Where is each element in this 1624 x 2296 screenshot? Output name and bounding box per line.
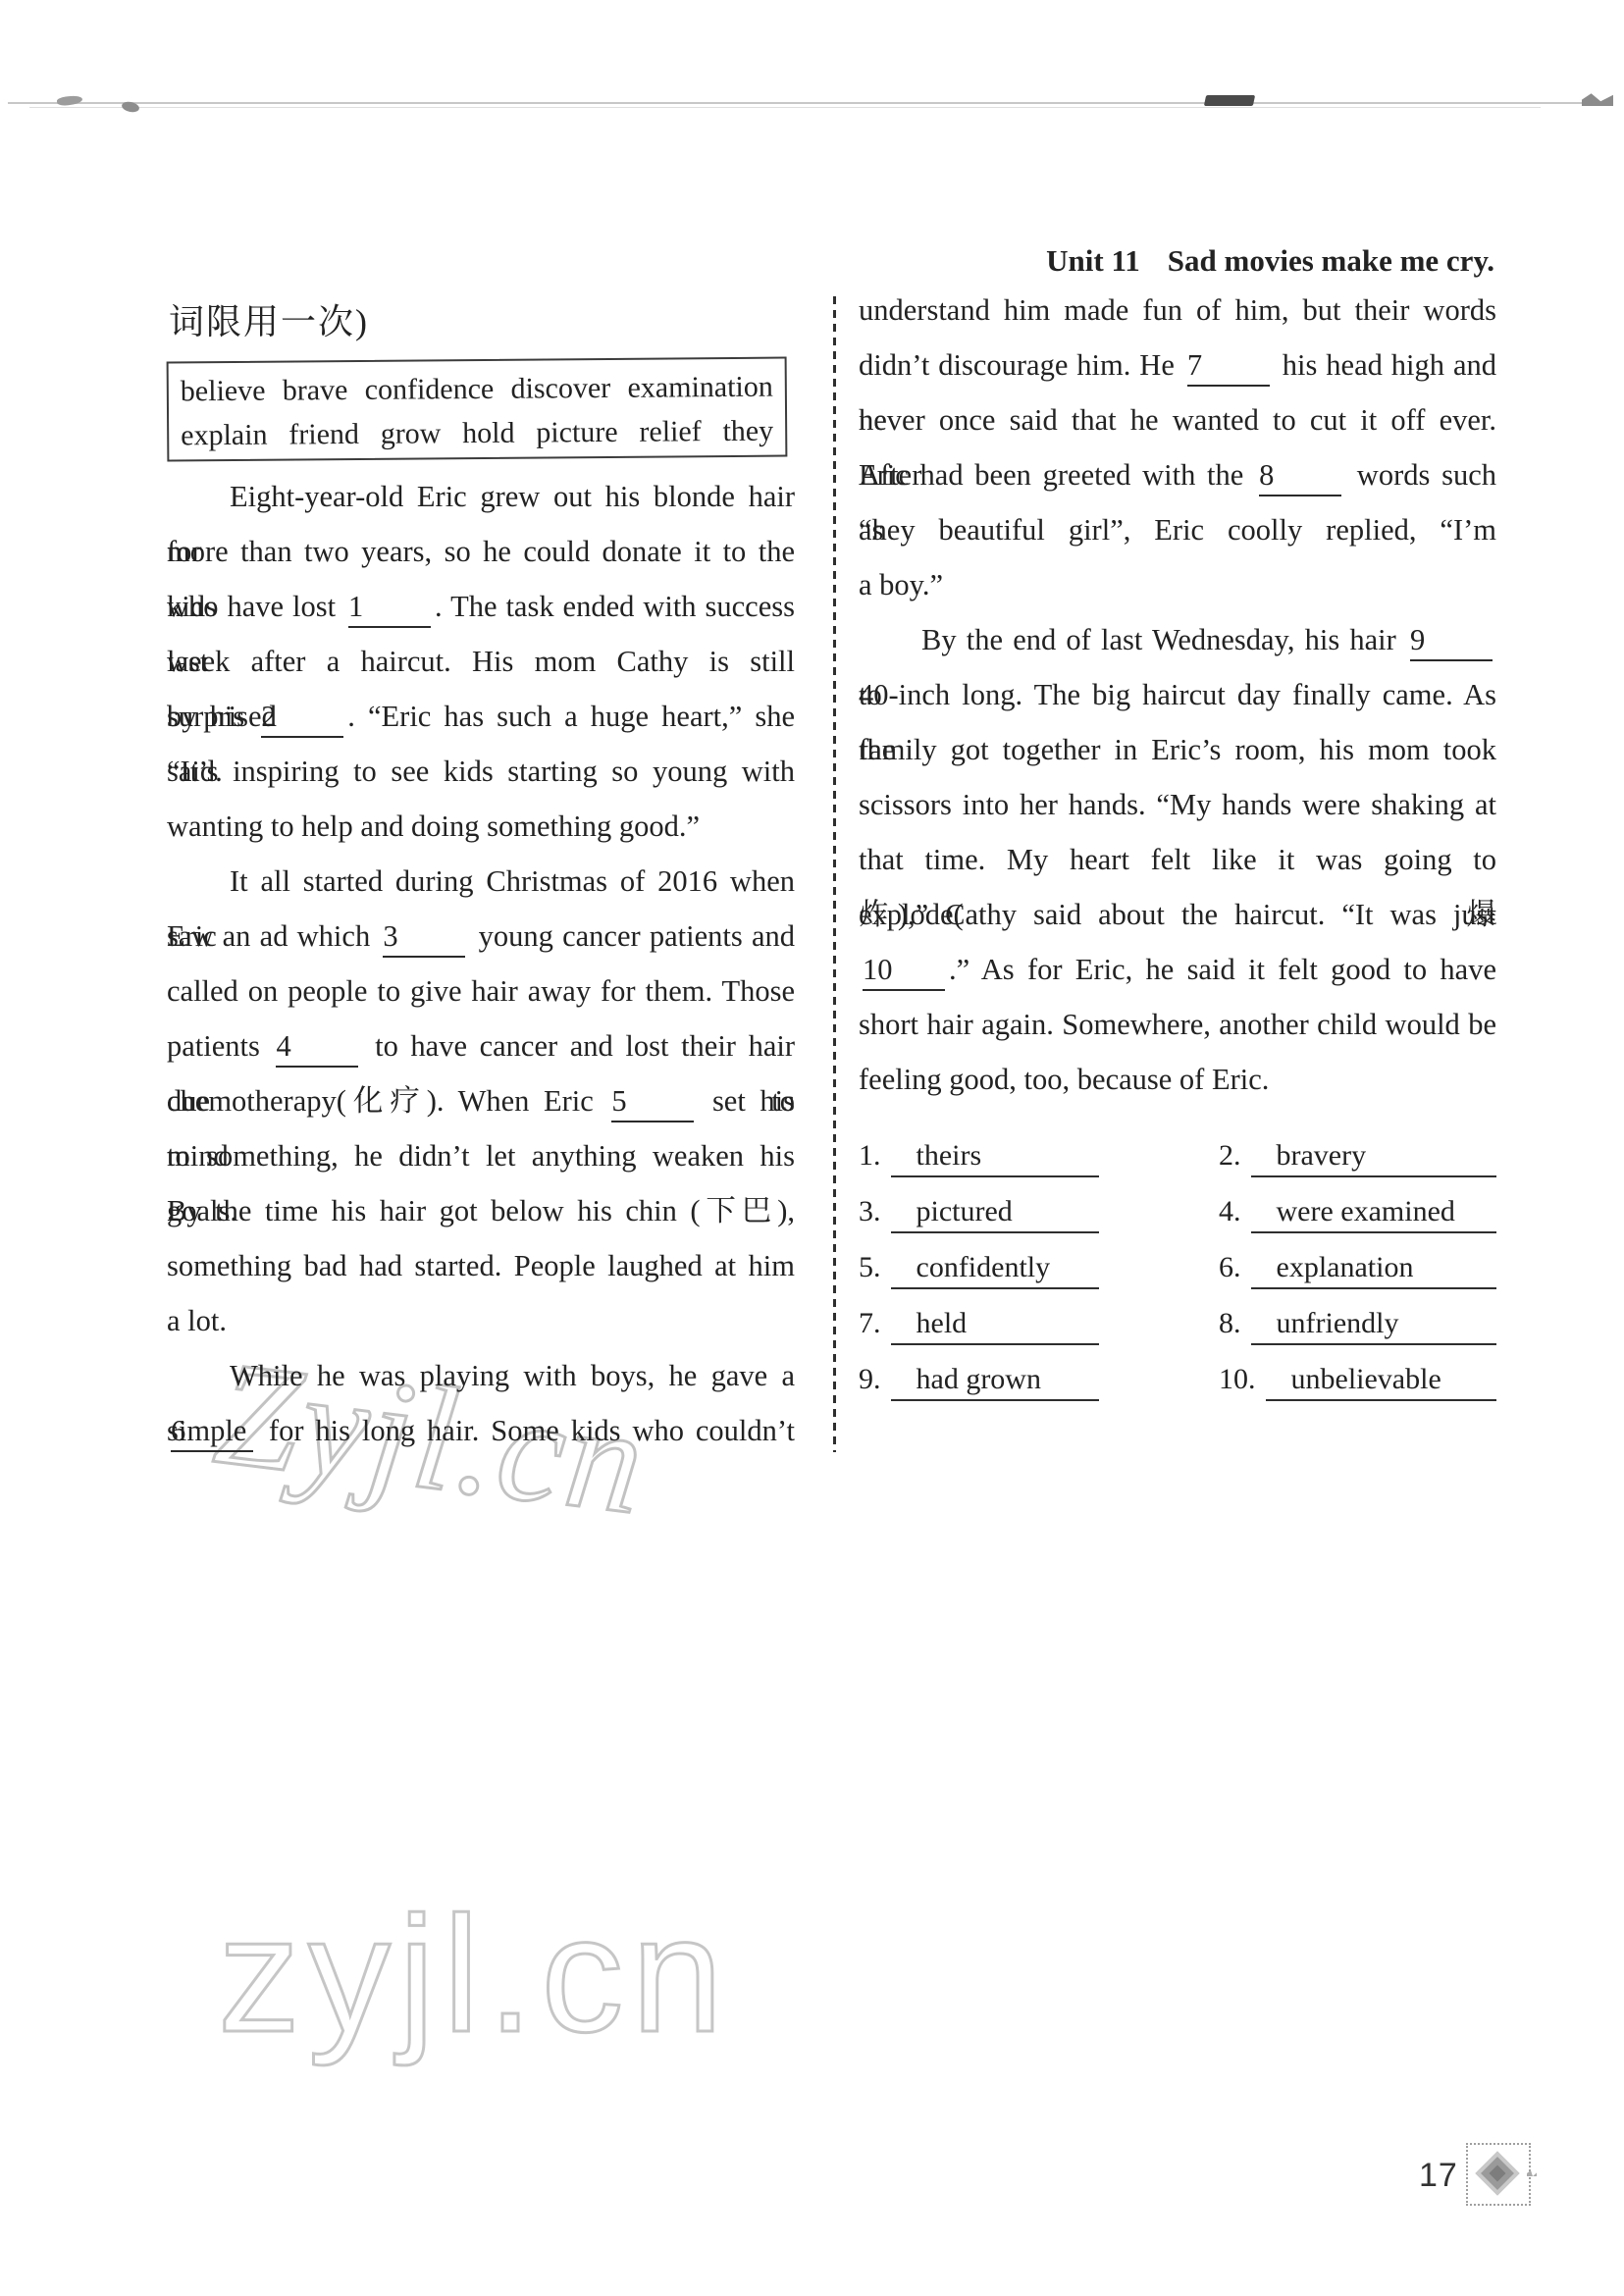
answer-row: 1.theirs2.bravery — [859, 1136, 1496, 1192]
publisher-stamp-icon — [1466, 2143, 1531, 2206]
cloze-blank-4: 4 — [276, 1026, 358, 1068]
text-line: “hey beautiful girl”, Eric coolly replie… — [859, 502, 1496, 557]
cloze-blank-6: 6 — [171, 1411, 253, 1452]
answer-item-7: 7.held — [859, 1304, 1099, 1345]
answer-text-underlined: pictured — [891, 1192, 1100, 1233]
cloze-passage-right-column: understand him made fun of him, but thei… — [859, 283, 1496, 1107]
text-line: 10.” As for Eric, he said it felt good t… — [859, 942, 1496, 997]
text-line: feeling good, too, because of Eric. — [859, 1052, 1496, 1107]
scan-ink-blob — [1204, 95, 1255, 106]
word-bank-line-2: explain friend grow hold picture relief … — [181, 409, 773, 458]
answer-row: 9.had grown10.unbelievable — [859, 1360, 1496, 1416]
page-number: 17 — [1419, 2157, 1458, 2195]
text-line: While he was playing with boys, he gave … — [167, 1348, 795, 1403]
answer-number: 4. — [1219, 1195, 1241, 1228]
cloze-blank-10: 10 — [863, 950, 945, 991]
text-line: patients 4 to have cancer and lost their… — [167, 1018, 795, 1073]
answer-number: 6. — [1219, 1251, 1241, 1284]
scanned-workbook-page: Zyjl.cn zyjl.cn Unit 11Sad movies make m… — [0, 0, 1624, 2296]
answer-number: 7. — [859, 1307, 881, 1340]
text-line: scissors into her hands. “My hands were … — [859, 777, 1496, 832]
answer-text-underlined: had grown — [891, 1360, 1100, 1401]
answer-item-9: 9.had grown — [859, 1360, 1099, 1401]
answer-number: 3. — [859, 1195, 881, 1228]
text-line: to something, he didn’t let anything wea… — [167, 1128, 795, 1183]
answer-number: 9. — [859, 1363, 881, 1396]
answer-text-underlined: explanation — [1251, 1248, 1497, 1289]
text-line: by his 2. “Eric has such a huge heart,” … — [167, 689, 795, 744]
text-line: week after a haircut. His mom Cathy is s… — [167, 634, 795, 689]
answer-number: 5. — [859, 1251, 881, 1284]
text-line: “It’s inspiring to see kids starting so … — [167, 744, 795, 799]
cloze-blank-9: 9 — [1410, 620, 1493, 661]
column-divider-dashed-line — [833, 296, 836, 1452]
answer-item-3: 3.pictured — [859, 1192, 1099, 1233]
text-line: 炸),” Cathy said about the haircut. “It w… — [859, 887, 1496, 942]
text-line: wanting to help and doing something good… — [167, 799, 795, 854]
answer-text-underlined: unbelievable — [1266, 1360, 1497, 1401]
cloze-blank-3: 3 — [383, 916, 465, 958]
answer-item-5: 5.confidently — [859, 1248, 1099, 1289]
scan-edge-mark-left — [57, 94, 83, 107]
answer-item-6: 6.explanation — [1219, 1248, 1496, 1289]
answer-number: 10. — [1219, 1363, 1256, 1396]
cloze-blank-5: 5 — [611, 1081, 694, 1122]
answer-item-2: 2.bravery — [1219, 1136, 1496, 1177]
text-line: By the end of last Wednesday, his hair 9… — [859, 612, 1496, 667]
text-line: By the time his hair got below his chin … — [167, 1183, 795, 1238]
text-line: a boy.” — [859, 557, 1496, 612]
answer-text-underlined: unfriendly — [1251, 1304, 1497, 1345]
unit-title: Sad movies make me cry. — [1168, 243, 1494, 278]
unit-header: Unit 11Sad movies make me cry. — [859, 243, 1494, 279]
watermark-zyjl-sans: zyjl.cn — [218, 1880, 731, 2069]
unit-number: Unit 11 — [1046, 243, 1140, 278]
answer-row: 3.pictured4.were examined — [859, 1192, 1496, 1248]
text-line: didn’t discourage him. He 7 his head hig… — [859, 338, 1496, 392]
text-line: Eric had been greeted with the 8 words s… — [859, 447, 1496, 502]
text-line: 40-inch long. The big haircut day finall… — [859, 667, 1496, 722]
answer-text-underlined: held — [891, 1304, 1100, 1345]
text-line: that time. My heart felt like it was goi… — [859, 832, 1496, 887]
text-line: saw an ad which 3 young cancer patients … — [167, 909, 795, 964]
word-bank-line-1: believe brave confidence discover examin… — [181, 365, 773, 414]
answer-text-underlined: were examined — [1251, 1192, 1497, 1233]
scan-edge-line-faint — [29, 107, 1541, 108]
cloze-blank-1: 1 — [348, 587, 431, 628]
text-line: Eight-year-old Eric grew out his blonde … — [167, 469, 795, 524]
word-bank-box: believe brave confidence discover examin… — [167, 357, 788, 462]
answer-number: 2. — [1219, 1139, 1241, 1173]
text-line: a lot. — [167, 1293, 795, 1348]
cloze-blank-2: 2 — [261, 697, 343, 738]
scan-edge-line — [8, 102, 1612, 104]
text-line: It all started during Christmas of 2016 … — [167, 854, 795, 909]
answer-text-underlined: bravery — [1251, 1136, 1497, 1177]
cloze-passage-left-column: Eight-year-old Eric grew out his blonde … — [167, 469, 795, 1458]
cloze-blank-7: 7 — [1187, 345, 1270, 387]
instruction-tail-text: 词限用一次) — [169, 294, 797, 344]
stamp-tail-mark — [1527, 2170, 1537, 2176]
text-line: chemotherapy(化疗). When Eric 5 set his mi… — [167, 1073, 795, 1128]
answer-item-4: 4.were examined — [1219, 1192, 1496, 1233]
text-line: something bad had started. People laughe… — [167, 1238, 795, 1293]
answer-row: 5.confidently6.explanation — [859, 1248, 1496, 1304]
answer-item-8: 8.unfriendly — [1219, 1304, 1496, 1345]
text-line: 6 for his long hair. Some kids who could… — [167, 1403, 795, 1458]
answer-row: 7.held8.unfriendly — [859, 1304, 1496, 1360]
text-line: called on people to give hair away for t… — [167, 964, 795, 1018]
text-line: never once said that he wanted to cut it… — [859, 392, 1496, 447]
answer-text-underlined: theirs — [891, 1136, 1100, 1177]
text-line: short hair again. Somewhere, another chi… — [859, 997, 1496, 1052]
answer-number: 1. — [859, 1139, 881, 1173]
text-line: understand him made fun of him, but thei… — [859, 283, 1496, 338]
text-line: more than two years, so he could donate … — [167, 524, 795, 579]
cloze-blank-8: 8 — [1259, 455, 1341, 496]
answer-number: 8. — [1219, 1307, 1241, 1340]
answer-text-underlined: confidently — [891, 1248, 1100, 1289]
answer-key-list: 1.theirs2.bravery3.pictured4.were examin… — [859, 1136, 1496, 1416]
answer-item-1: 1.theirs — [859, 1136, 1099, 1177]
scan-edge-mark-right — [1582, 90, 1613, 106]
text-line: who have lost 1. The task ended with suc… — [167, 579, 795, 634]
text-line: family got together in Eric’s room, his … — [859, 722, 1496, 777]
answer-item-10: 10.unbelievable — [1219, 1360, 1496, 1401]
